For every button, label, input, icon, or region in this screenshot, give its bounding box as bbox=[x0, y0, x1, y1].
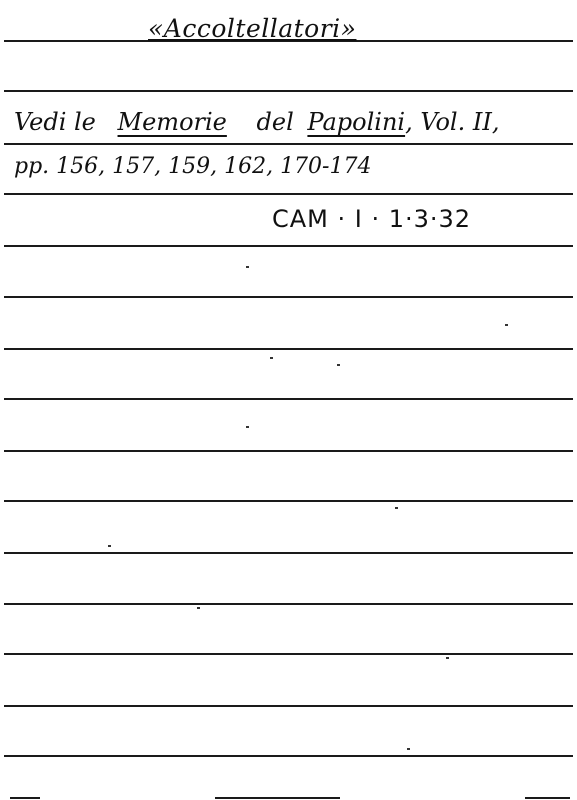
bottom-edge-fragment bbox=[215, 797, 340, 799]
heading-text: «Accoltellatori» bbox=[148, 14, 356, 43]
ruled-line bbox=[4, 245, 573, 247]
scan-speck bbox=[395, 507, 398, 509]
ruled-line bbox=[4, 398, 573, 400]
page-references: pp. 156, 157, 159, 162, 170-174 bbox=[14, 154, 371, 179]
scan-speck bbox=[505, 324, 508, 326]
ruled-line bbox=[4, 143, 573, 145]
ruled-line bbox=[4, 296, 573, 298]
ruled-line bbox=[4, 653, 573, 655]
ref-middle: del bbox=[257, 108, 294, 136]
ruled-line bbox=[4, 500, 573, 502]
scan-speck bbox=[197, 607, 200, 609]
scan-speck bbox=[108, 545, 111, 547]
bottom-edge-fragment bbox=[525, 797, 570, 799]
scan-speck bbox=[246, 266, 249, 268]
scan-speck bbox=[246, 426, 249, 428]
scan-speck bbox=[446, 657, 449, 659]
ref-prefix: Vedi le bbox=[14, 108, 96, 136]
ref-work-title: Memorie bbox=[118, 108, 227, 136]
ruled-line bbox=[4, 348, 573, 350]
ruled-line bbox=[4, 603, 573, 605]
bottom-edge-fragment bbox=[10, 797, 40, 799]
ruled-line bbox=[4, 705, 573, 707]
scan-speck bbox=[407, 748, 410, 750]
reference-line-2: pp. 156, 157, 159, 162, 170-174 bbox=[14, 154, 371, 179]
scan-speck bbox=[337, 364, 340, 366]
ruled-line bbox=[4, 193, 573, 195]
catalog-mark-text: CAM · I · 1·3·32 bbox=[272, 205, 471, 233]
catalog-mark: CAM · I · 1·3·32 bbox=[272, 205, 471, 233]
ref-author: Papolini bbox=[307, 108, 405, 136]
ruled-line bbox=[4, 755, 573, 757]
ruled-line bbox=[4, 552, 573, 554]
reference-line-1: Vedi le Memorie del Papolini, Vol. II, bbox=[14, 108, 499, 136]
ref-suffix: , Vol. II, bbox=[405, 108, 499, 136]
card-heading: «Accoltellatori» bbox=[148, 14, 356, 43]
ruled-line bbox=[4, 90, 573, 92]
ruled-line bbox=[4, 450, 573, 452]
scan-speck bbox=[270, 357, 273, 359]
